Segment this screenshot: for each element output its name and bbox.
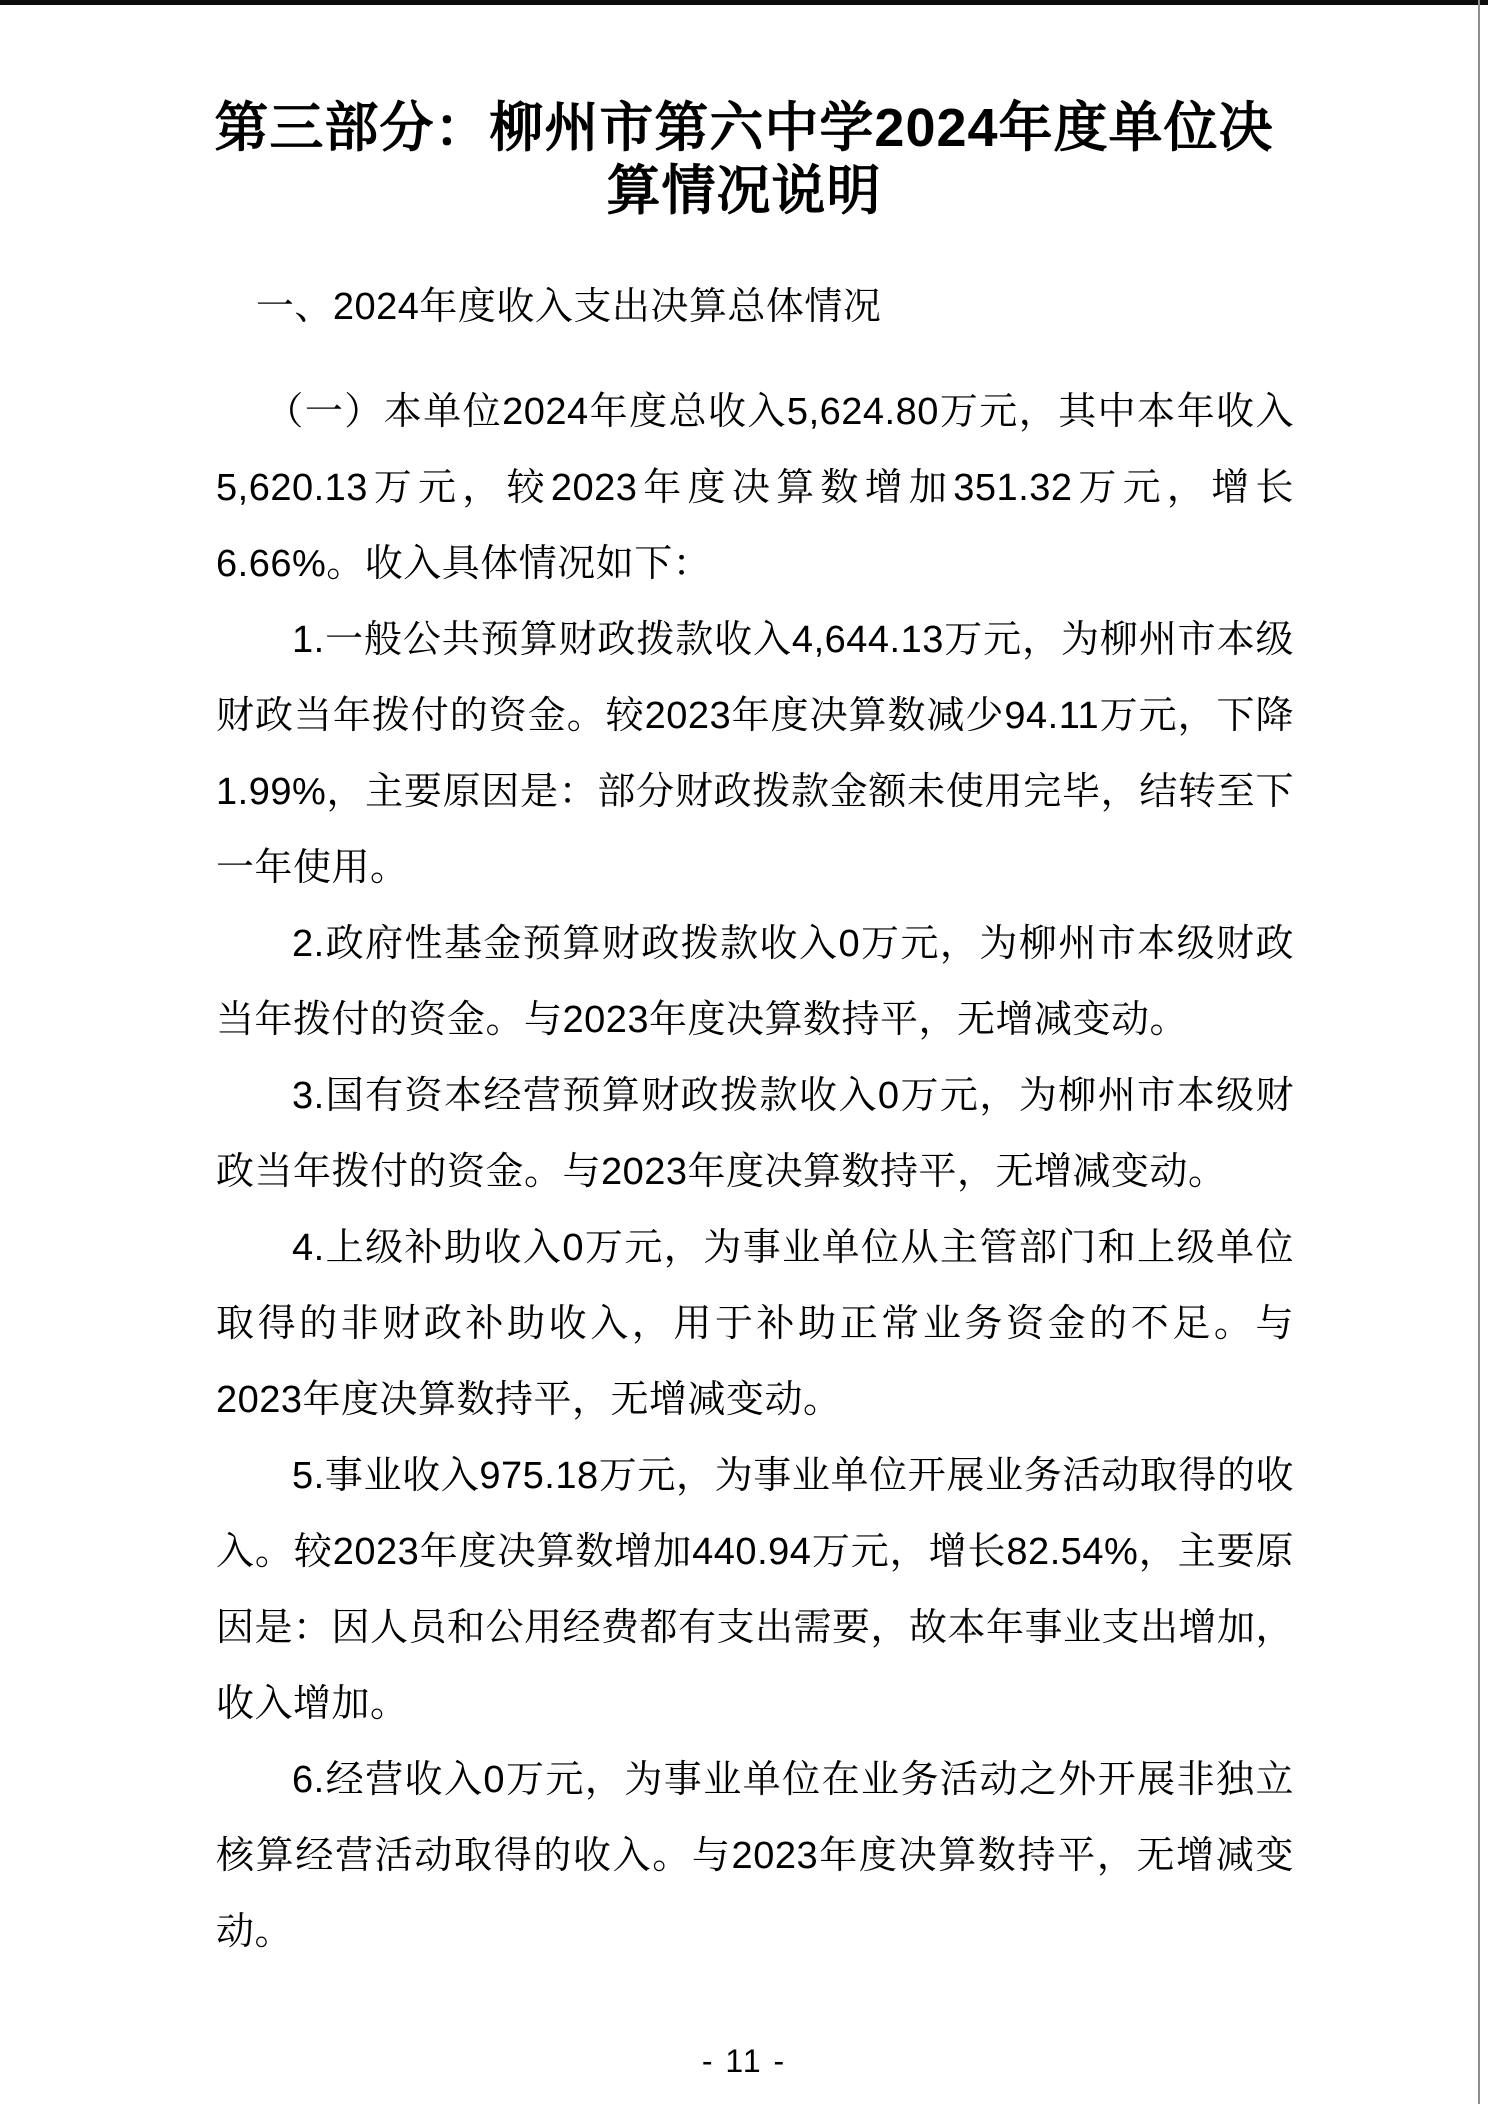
document-body: （一）本单位2024年度总收入5,624.80万元，其中本年收入5,620.13… — [216, 374, 1294, 1970]
title-line-2: 算情况说明 — [0, 160, 1488, 223]
section-heading: 一、2024年度收入支出决算总体情况 — [0, 287, 1488, 327]
top-edge-bar — [0, 0, 1488, 5]
paragraph-state-capital-budget-revenue: 3.国有资本经营预算财政拨款收入0万元，为柳州市本级财政当年拨付的资金。与202… — [216, 1058, 1294, 1210]
paragraph-operating-revenue: 6.经营收入0万元，为事业单位在业务活动之外开展非独立核算经营活动取得的收入。与… — [216, 1742, 1294, 1970]
page-title: 第三部分：柳州市第六中学2024年度单位决 算情况说明 — [0, 0, 1488, 223]
title-line-1: 第三部分：柳州市第六中学2024年度单位决 — [0, 97, 1488, 160]
right-edge-line — [1478, 0, 1480, 2104]
paragraph-general-public-budget-revenue: 1.一般公共预算财政拨款收入4,644.13万元，为柳州市本级财政当年拨付的资金… — [216, 602, 1294, 906]
paragraph-government-fund-budget-revenue: 2.政府性基金预算财政拨款收入0万元，为柳州市本级财政当年拨付的资金。与2023… — [216, 906, 1294, 1058]
paragraph-superior-subsidy-revenue: 4.上级补助收入0万元，为事业单位从主管部门和上级单位取得的非财政补助收入，用于… — [216, 1210, 1294, 1438]
paragraph-institutional-revenue: 5.事业收入975.18万元，为事业单位开展业务活动取得的收入。较2023年度决… — [216, 1438, 1294, 1742]
paragraph-total-revenue-overview: （一）本单位2024年度总收入5,624.80万元，其中本年收入5,620.13… — [216, 374, 1294, 602]
page-number: - 11 - — [0, 2042, 1488, 2080]
document-page: 第三部分：柳州市第六中学2024年度单位决 算情况说明 一、2024年度收入支出… — [0, 0, 1488, 2104]
